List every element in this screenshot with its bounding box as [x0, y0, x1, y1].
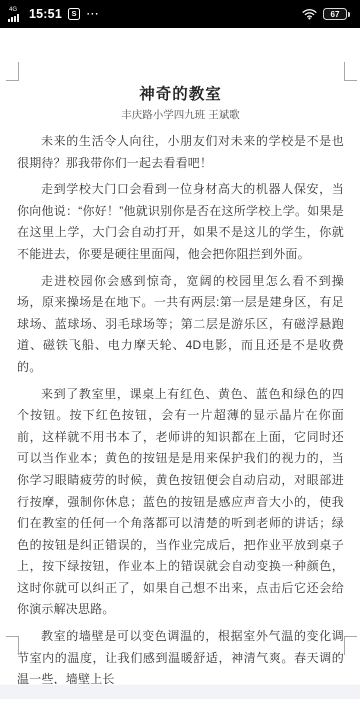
essay-paragraph: 走进校园你会感到惊奇，宽阔的校园里怎么看不到操场，原来操场是在地下。一共有两层:…: [17, 271, 344, 379]
page-corner-mark-top-left: [6, 62, 19, 81]
cellular-signal-icon: 4G: [8, 7, 23, 22]
essay-paragraph: 走到学校大门口会看到一位身材高大的机器人保安，当你向他说：“你好！”他就识别你是…: [17, 179, 344, 265]
document-content: 神奇的教室 丰庆路小学四九班 王斌歌 未来的生活令人向往，小朋友们对未来的学校是…: [0, 28, 360, 691]
wifi-icon: [302, 8, 317, 20]
s-badge-icon: S: [68, 8, 80, 20]
essay-paragraph: 来到了教室里，课桌上有红色、黄色、蓝色和绿色的四个按钮。按下红色按钮，会有一片超…: [17, 384, 344, 622]
essay-body: 未来的生活令人向往，小朋友们对未来的学校是不是也很期待？那我带你们一起去看看吧！…: [17, 131, 344, 691]
battery-percent: 67: [323, 8, 347, 20]
battery-nub: [348, 12, 350, 17]
essay-paragraph: 未来的生活令人向往，小朋友们对未来的学校是不是也很期待？那我带你们一起去看看吧！: [17, 131, 344, 174]
battery-indicator: 67: [323, 8, 350, 20]
status-bar: 4G 15:51 S ⋯ 67: [0, 0, 360, 28]
page-corner-mark-top-right: [344, 62, 357, 81]
essay-title: 神奇的教室: [17, 85, 344, 105]
essay-paragraph: 教室的墙壁是可以变色调温的，根据室外气温的变化调节室内的温度，让我们感到温暖舒适…: [17, 626, 344, 691]
page-break-gap: [0, 684, 360, 699]
clock-time: 15:51: [29, 7, 62, 21]
status-more-icon: ⋯: [86, 9, 100, 19]
status-bar-left: 4G 15:51 S ⋯: [8, 7, 100, 22]
essay-byline: 丰庆路小学四九班 王斌歌: [17, 109, 344, 122]
page-corner-mark-bottom-left: [6, 636, 19, 655]
status-bar-right: 67: [302, 8, 350, 20]
document-page[interactable]: 神奇的教室 丰庆路小学四九班 王斌歌 未来的生活令人向往，小朋友们对未来的学校是…: [0, 28, 360, 718]
signal-bars-icon: [8, 14, 19, 22]
network-type-label: 4G: [9, 7, 17, 13]
page-corner-mark-bottom-right: [344, 636, 357, 655]
